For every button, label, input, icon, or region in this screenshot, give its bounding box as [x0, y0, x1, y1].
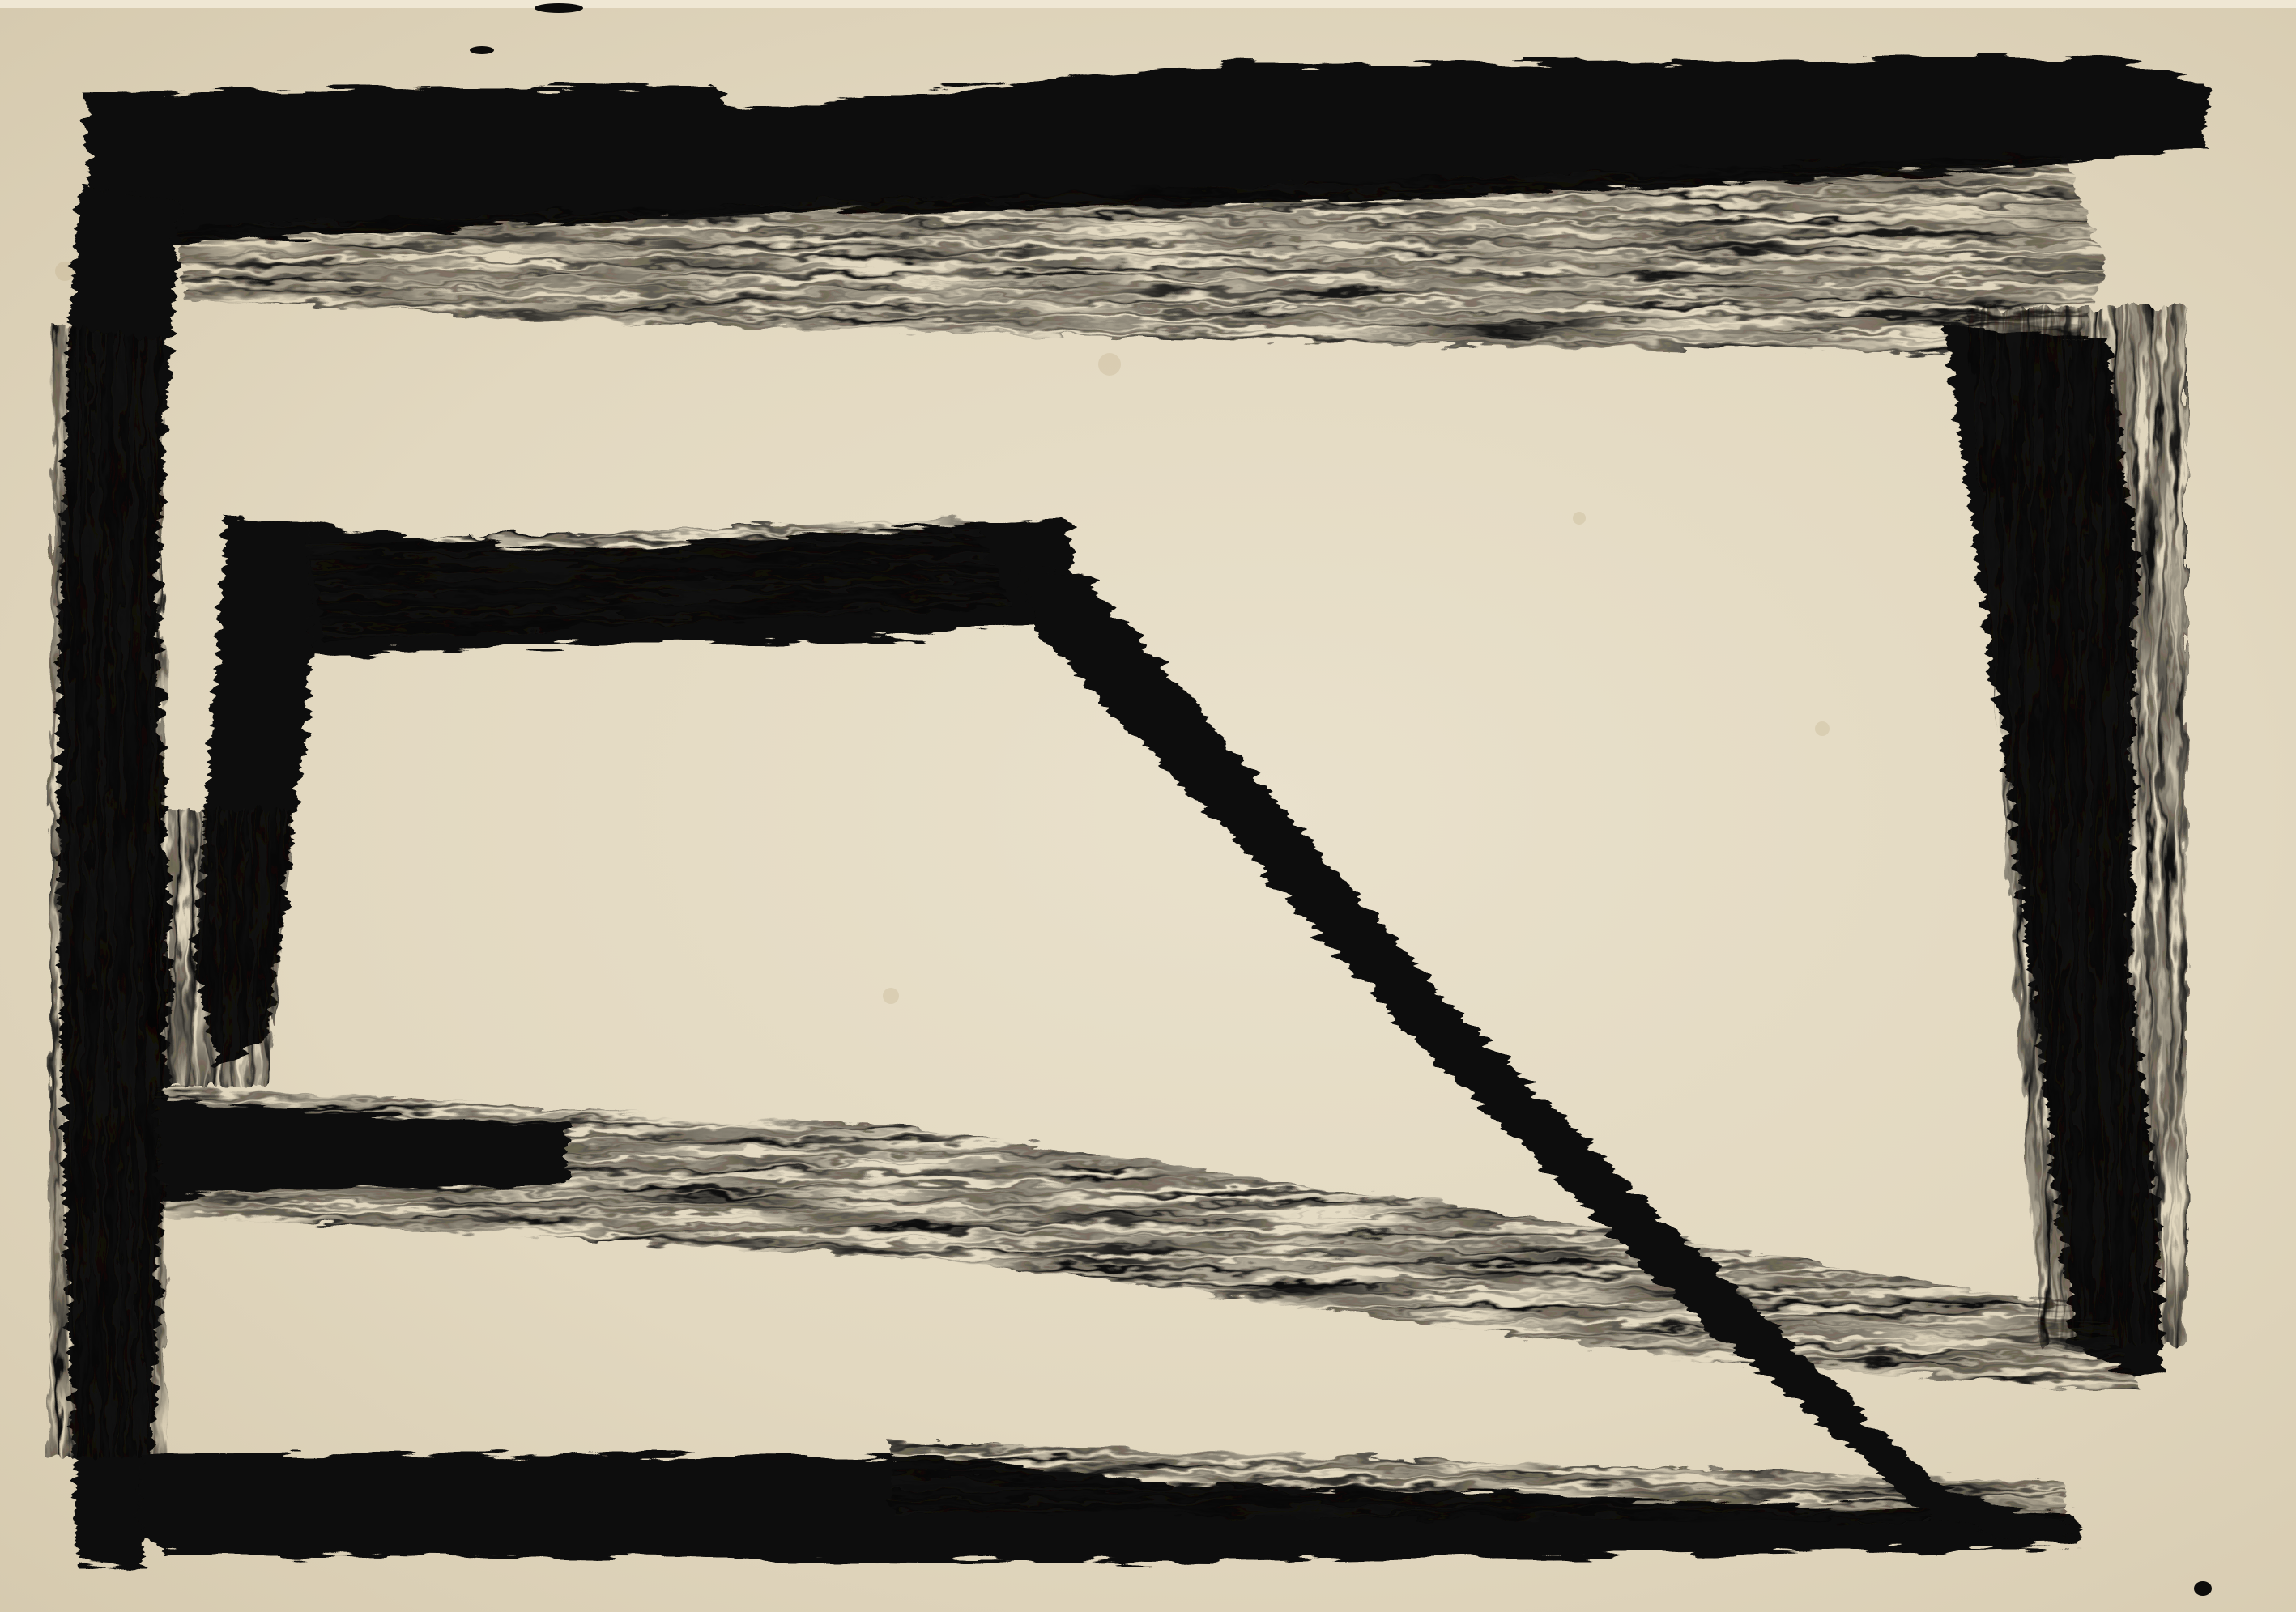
bottom-stroke: [138, 1441, 2081, 1563]
ink-painting: [0, 0, 2296, 1612]
top-stroke: [85, 57, 2207, 356]
right-stroke: [1944, 308, 2187, 1376]
middle-stroke: [154, 1085, 2138, 1393]
inner-shape: [146, 518, 2081, 1546]
